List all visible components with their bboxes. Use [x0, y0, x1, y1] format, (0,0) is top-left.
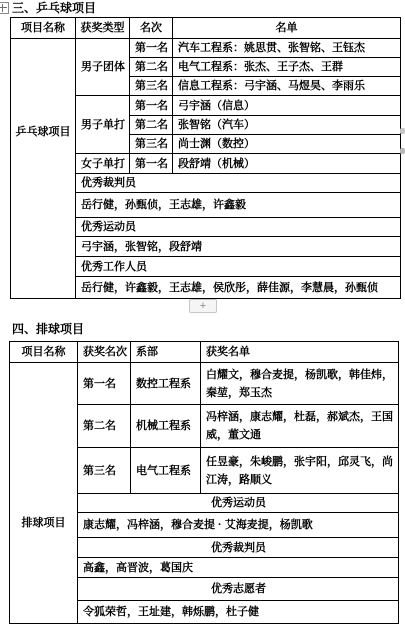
document-page: 三、乒乓球项目 项目名称 获奖类型 名次 名单 乒乓球项目 男子团体 第一名 汽… — [0, 0, 405, 633]
cell-rank: 第二名 — [130, 116, 173, 135]
header-cell: 获奖名单 — [201, 342, 399, 363]
cell-rank: 第二名 — [130, 58, 173, 77]
table-move-handle-icon[interactable] — [0, 2, 9, 14]
header-cell: 系部 — [131, 342, 201, 363]
header-cell: 获奖名次 — [78, 342, 131, 363]
cell-names: 任昱豪，朱峻鹏，张宇阳，邱灵飞，尚江涛，路顺义 — [201, 448, 399, 494]
cell-rank: 第二名 — [78, 405, 131, 448]
cell-rank: 第三名 — [130, 135, 173, 154]
cell-names: 尚士渊（数控） — [173, 135, 401, 154]
pingpong-table: 项目名称 获奖类型 名次 名单 乒乓球项目 男子团体 第一名 汽车工程系：姚思贯… — [10, 17, 401, 299]
cell-section-label: 优秀运动员 — [76, 218, 401, 237]
cell-names: 段舒靖（机械） — [173, 154, 401, 174]
scrollbar-thumb[interactable] — [400, 128, 405, 134]
cell-section-label: 优秀裁判员 — [76, 174, 401, 193]
cell-project-name: 排球项目 — [10, 363, 78, 624]
cell-names: 岳行健，孙甄侦，王志雄，许鑫毅 — [76, 193, 401, 218]
cell-section-label: 优秀裁判员 — [78, 538, 399, 558]
header-cell: 项目名称 — [10, 342, 78, 363]
cell-names: 高鑫，高晋波，葛国庆 — [78, 558, 399, 578]
cell-rank: 第一名 — [78, 363, 131, 405]
cell-names: 弓宇涵，张智铭，段舒靖 — [76, 237, 401, 257]
cell-section-label: 优秀工作人员 — [76, 257, 401, 277]
cell-rank: 第一名 — [130, 39, 173, 58]
cell-names: 令狐荣哲，王址建，韩烁鹏，杜子健 — [78, 601, 399, 624]
header-cell: 获奖类型 — [76, 18, 130, 39]
add-block-button[interactable]: + — [189, 299, 217, 313]
cell-dept: 机械工程系 — [131, 405, 201, 448]
cell-names: 信息工程系：弓宇涵、马煜昊、李雨乐 — [173, 77, 401, 96]
cell-names: 康志耀，冯梓涵，穆合麦提 · 艾海麦提，杨凯歌 — [78, 513, 399, 538]
volleyball-section-title: 四、排球项目 — [12, 323, 84, 335]
cell-award-type: 男子单打 — [76, 96, 130, 154]
cell-dept: 数控工程系 — [131, 363, 201, 405]
cell-rank: 第一名 — [130, 96, 173, 116]
cell-names: 汽车工程系：姚思贯、张智铭、王钰杰 — [173, 39, 401, 58]
scrollbar-thumb[interactable] — [400, 148, 405, 154]
cell-rank: 第一名 — [130, 154, 173, 174]
cell-section-label: 优秀运动员 — [78, 494, 399, 513]
cell-dept: 电气工程系 — [131, 448, 201, 494]
cell-names: 张智铭（汽车） — [173, 116, 401, 135]
cell-award-type: 男子团体 — [76, 39, 130, 96]
pingpong-section-title: 三、乒乓球项目 — [12, 2, 96, 14]
cell-project-name: 乒乓球项目 — [11, 39, 76, 299]
volleyball-table: 项目名称 获奖名次 系部 获奖名单 排球项目 第一名 数控工程系 白耀文，穆合麦… — [9, 341, 399, 624]
header-cell: 项目名称 — [11, 18, 76, 39]
cell-section-label: 优秀志愿者 — [78, 578, 399, 601]
cell-rank: 第三名 — [78, 448, 131, 494]
cell-names: 电气工程系：张杰、王子杰、王群 — [173, 58, 401, 77]
header-cell: 名次 — [130, 18, 173, 39]
header-cell: 名单 — [173, 18, 401, 39]
cell-names: 白耀文，穆合麦提，杨凯歌，韩佳炜，秦堃，郑玉杰 — [201, 363, 399, 405]
cell-award-type: 女子单打 — [76, 154, 130, 174]
cell-names: 冯梓涵，康志耀，杜磊，郝斌杰，王国威，董文通 — [201, 405, 399, 448]
cell-names: 弓宇涵（信息） — [173, 96, 401, 116]
cell-names: 岳行健，许鑫毅，王志雄，侯欣彤，薛佳源，李慧晨，孙甄侦 — [76, 277, 401, 299]
cell-rank: 第三名 — [130, 77, 173, 96]
